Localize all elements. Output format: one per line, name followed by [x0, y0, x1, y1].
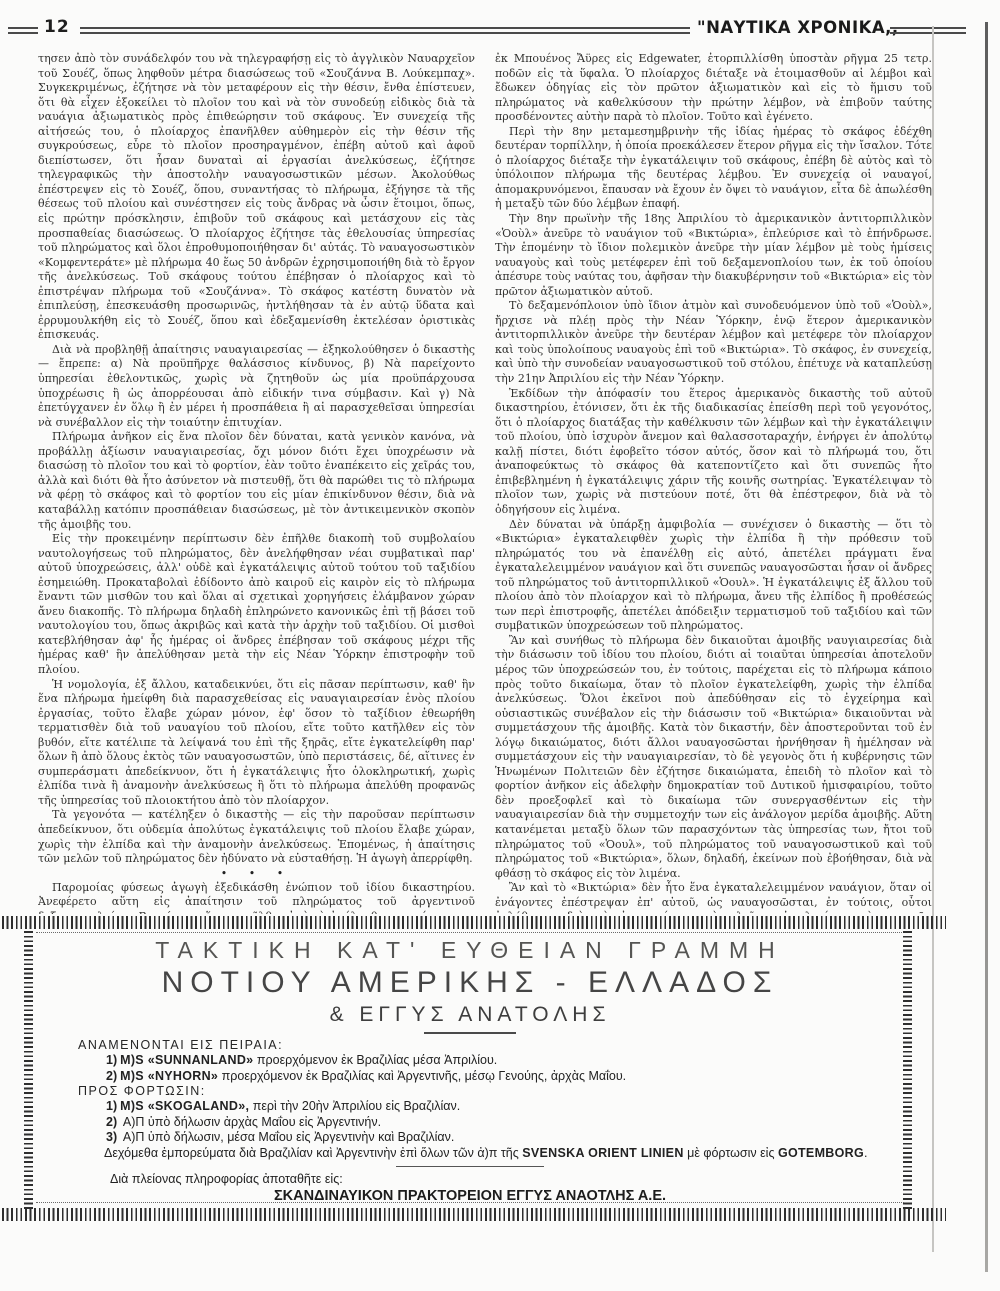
ad-port-name: GOTEMBORG [778, 1146, 864, 1160]
ad-item-number: 1) [106, 1099, 117, 1113]
ad-loading-list: 1)M)S «SKOGALAND», περὶ τὴν 20ὴν Ἀπριλίο… [40, 1099, 900, 1146]
ad-divider-rule [424, 1032, 516, 1034]
ad-ship-item: 2)M)S «NYHORN» προερχόμενον ἐκ Βραζιλίας… [106, 1069, 900, 1085]
article-paragraph: Τὴν 8ην πρωϊνὴν τῆς 18ης Ἀπριλίου τὸ ἀμε… [495, 212, 932, 299]
article-paragraph: • • • [38, 867, 475, 881]
ad-expected-list: 1)M)S «SUNNANLAND» προερχόμενον ἐκ Βραζι… [40, 1053, 900, 1084]
shipping-line-advertisement: ΤΑΚΤΙΚΗ ΚΑΤ' ΕΥΘΕΙΑΝ ΓΡΑΜΜΗ ΝΟΤΙΟΥ ΑΜΕΡΙ… [40, 936, 900, 1202]
article-paragraph: Διὰ νὰ προβληθῇ ἀπαίτησις ναυαγιαιρεσίας… [38, 343, 475, 430]
ad-expected-heading: ΑΝΑΜΕΝΟΝΤΑΙ ΕΙΣ ΠΕΙΡΑΙΑ: [78, 1038, 900, 1053]
ad-note-text: μὲ φόρτωσιν εἰς [684, 1146, 778, 1160]
article-column-right: ἐκ Μπουένος Ἄϋρες εἰς Edgewater, ἐτορπιλ… [495, 52, 932, 914]
scan-edge-line-inner [932, 26, 934, 1252]
ad-item-details: Α)Π ὑπὸ δήλωσιν, μέσα Μαΐου εἰς Ἀργεντιν… [123, 1130, 454, 1144]
ad-ship-name: M)S «NYHORN» [120, 1069, 218, 1083]
ad-item-details: προερχόμενον ἐκ Βραζιλίας μέσα Ἀπριλίου. [257, 1053, 497, 1067]
ad-border-left [24, 929, 33, 1209]
article-paragraph: Τὰ γεγονότα — κατέληξεν ὁ δικαστὴς — εἰς… [38, 808, 475, 866]
ad-cargo-note: Δεχόμεθα ἐμπορεύματα διὰ Βραζιλίαν καὶ Ἀ… [78, 1146, 870, 1162]
page-number: 12 [44, 17, 70, 37]
ad-ship-item: 1)M)S «SKOGALAND», περὶ τὴν 20ὴν Ἀπριλίο… [106, 1099, 900, 1115]
ad-ship-name: M)S «SUNNANLAND» [120, 1053, 253, 1067]
article-paragraph: Ἂν καὶ τὸ «Βικτώρια» δὲν ἦτο ἕνα ἐγκαταλ… [495, 881, 932, 914]
article-paragraph: Ἂν καὶ συνήθως τὸ πλήρωμα δὲν δικαιοῦται… [495, 634, 932, 881]
ad-agency-name: ΣΚΑΝΔΙΝΑΥΙΚΟΝ ΠΡΑΚΤΟΡΕΙΟΝ ΕΓΓΥΣ ΑΝΑΟΤΛΗΣ… [40, 1188, 900, 1202]
article-paragraph: Παρομοίας φύσεως ἀγωγὴ ἐξεδικάσθη ἐνώπιο… [38, 881, 475, 914]
article-paragraph: Ἡ νομολογία, ἐξ ἄλλου, καταδεικνύει, ὅτι… [38, 678, 475, 809]
article-paragraph: Τὸ δεξαμενόπλοιον ὑπὸ ἴδιον ἀτμὸν καὶ συ… [495, 299, 932, 386]
ad-border-top [2, 916, 946, 929]
ad-ship-item: 3) Α)Π ὑπὸ δήλωσιν, μέσα Μαΐου εἰς Ἀργεν… [106, 1130, 900, 1146]
ad-headline-route: ΝΟΤΙΟΥ ΑΜΕΡΙΚΗΣ - ΕΛΛΑΔΟΣ [40, 966, 900, 1000]
ad-ship-name: M)S «SKOGALAND», [120, 1099, 249, 1113]
header-rule-left [8, 27, 38, 34]
ad-ship-item: 2) Α)Π ὑπὸ δήλωσιν ἀρχὰς Μαΐου εἰς Ἀργεν… [106, 1115, 900, 1131]
ad-brand-name: SVENSKA ORIENT LINIEN [522, 1146, 683, 1160]
article-paragraph: Ἐκδίδων τὴν ἀπόφασίν του ἕτερος ἀμερικαν… [495, 387, 932, 518]
article-paragraph: Περὶ τὴν 8ην μεταμεσημβρινὴν τῆς ἰδίας ἡ… [495, 125, 932, 212]
ad-agency-block: ΣΚΑΝΔΙΝΑΥΙΚΟΝ ΠΡΑΚΤΟΡΕΙΟΝ ΕΓΓΥΣ ΑΝΑΟΤΛΗΣ… [40, 1188, 900, 1202]
ad-loading-heading: ΠΡΟΣ ΦΟΡΤΩΣΙΝ: [78, 1084, 900, 1099]
ad-note-text: . [864, 1146, 867, 1160]
ad-note-text: Δεχόμεθα ἐμπορεύματα διὰ Βραζιλίαν καὶ Ἀ… [104, 1146, 522, 1160]
ad-item-details: Α)Π ὑπὸ δήλωσιν ἀρχὰς Μαΐου εἰς Ἀργεντιν… [123, 1115, 381, 1129]
ad-item-details: προερχόμενον ἐκ Βραζιλίας καὶ Ἀργεντινῆς… [222, 1069, 626, 1083]
ad-divider-rule-small [396, 1166, 544, 1167]
header-rule-right [890, 27, 966, 34]
article-paragraph: τησεν ἀπὸ τὸν συνάδελφόν του νὰ τηλεγραφ… [38, 52, 475, 343]
ad-item-number: 2) [106, 1115, 117, 1129]
article-column-left: τησεν ἀπὸ τὸν συνάδελφόν του νὰ τηλεγραφ… [38, 52, 475, 914]
magazine-title: "ΝΑΥΤΙΚΑ ΧΡΟΝΙΚΑ,, [697, 18, 899, 37]
scan-edge-line-outer [985, 22, 988, 1272]
article-paragraph: Πλήρωμα ἀνῆκον εἰς ἕνα πλοῖον δὲν δύνατα… [38, 430, 475, 532]
article-paragraph: Εἰς τὴν προκειμένην περίπτωσιν δὲν ἐπῆλθ… [38, 532, 475, 677]
ad-item-details: περὶ τὴν 20ὴν Ἀπριλίου εἰς Βραζιλίαν. [253, 1099, 460, 1113]
ad-dotted-rule-bottom [36, 1202, 904, 1203]
ad-border-bottom [2, 1208, 946, 1221]
ad-border-right [903, 929, 912, 1209]
article-body: τησεν ἀπὸ τὸν συνάδελφόν του νὰ τηλεγραφ… [38, 52, 932, 914]
ad-headline-service: ΤΑΚΤΙΚΗ ΚΑΤ' ΕΥΘΕΙΑΝ ΓΡΑΜΜΗ [40, 937, 900, 964]
ad-dotted-rule-top [36, 932, 904, 933]
ad-ship-item: 1)M)S «SUNNANLAND» προερχόμενον ἐκ Βραζι… [106, 1053, 900, 1069]
magazine-page: 12 "ΝΑΥΤΙΚΑ ΧΡΟΝΙΚΑ,, τησεν ἀπὸ τὸν συνά… [0, 0, 1000, 1291]
ad-headline-region: & ΕΓΓΥΣ ΑΝΑΤΟΛΗΣ [40, 1003, 900, 1027]
ad-item-number: 2) [106, 1069, 117, 1083]
article-paragraph: Δὲν δύναται νὰ ὑπάρξῃ ἀμφιβολία — συνέχι… [495, 518, 932, 634]
ad-item-number: 1) [106, 1053, 117, 1067]
header-rule-middle [80, 27, 690, 34]
ad-item-number: 3) [106, 1130, 117, 1144]
article-paragraph: ἐκ Μπουένος Ἄϋρες εἰς Edgewater, ἐτορπιλ… [495, 52, 932, 125]
ad-info-line: Διὰ πλείονας πληροφορίας ἀποταθῆτε εἰς: [110, 1172, 900, 1187]
